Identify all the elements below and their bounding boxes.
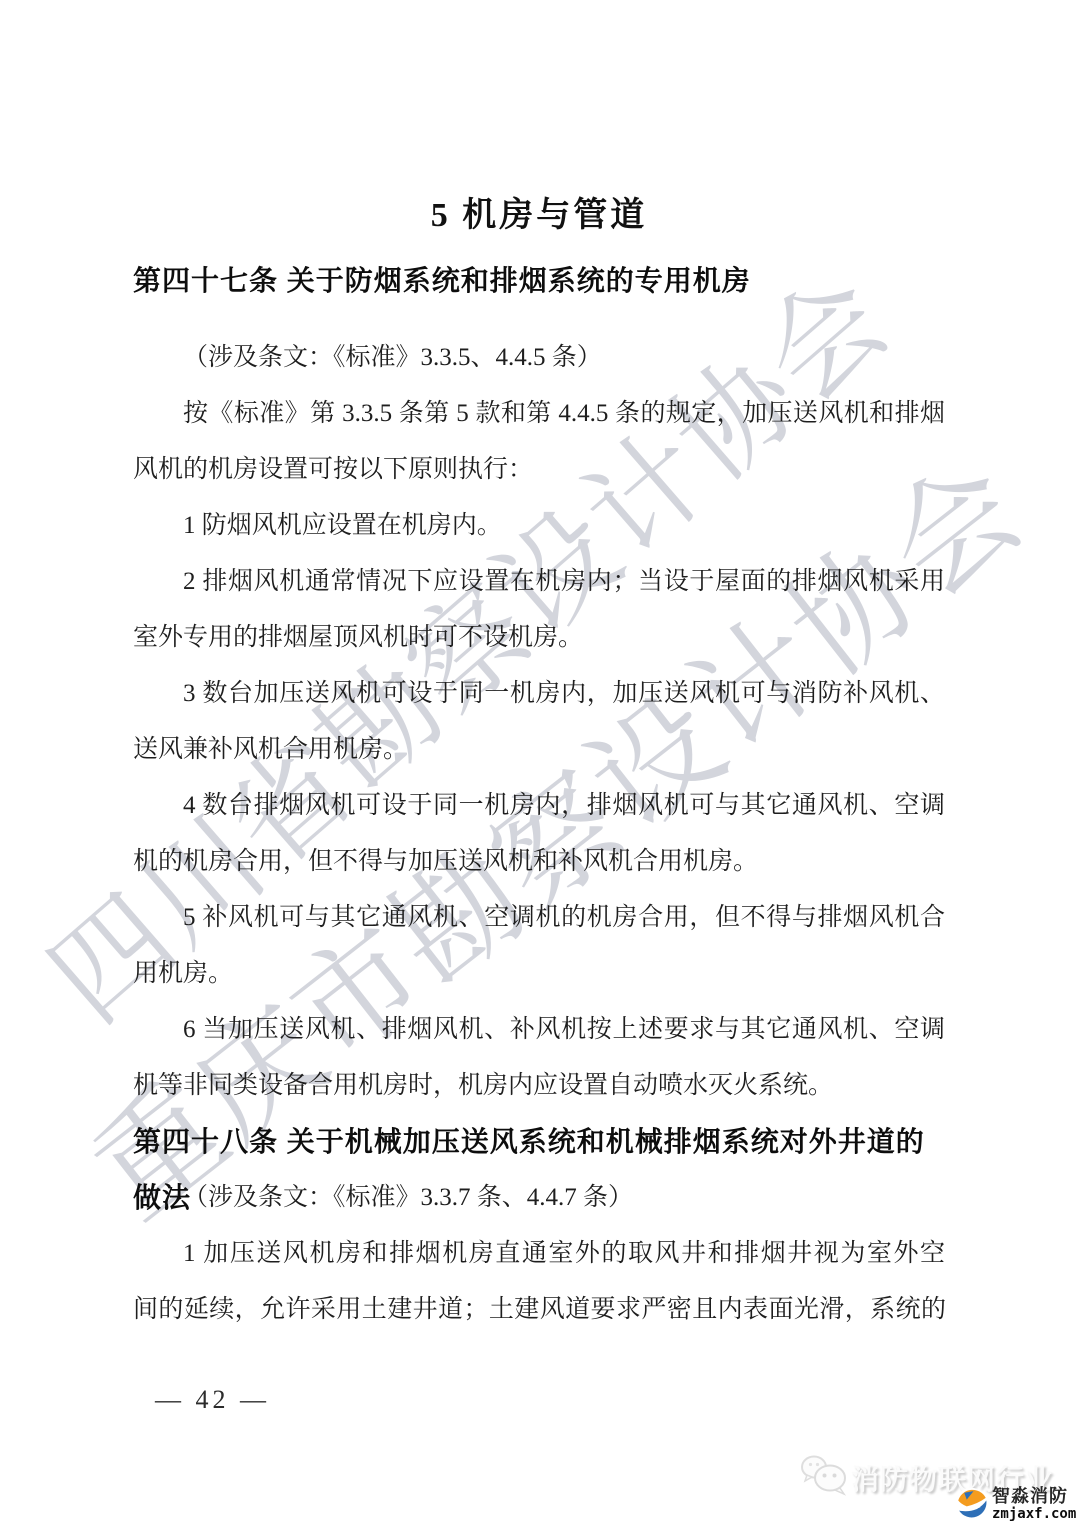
page-number: — 42 — — [155, 1385, 270, 1415]
body-line: 室外专用的排烟屋顶风机时可不设机房。 — [133, 610, 945, 666]
body-line: 间的延续，允许采用土建井道；土建风道要求严密且内表面光滑，系统的 — [133, 1282, 945, 1338]
document-page: 四川省勘察设计协会 重庆市勘察设计协会 5 机房与管道 第四十七条 关于防烟系统… — [0, 0, 1080, 1527]
brand-name: 智淼消防 — [992, 1486, 1076, 1506]
zhimiao-fire-logo-icon — [954, 1486, 988, 1525]
body-line: 用机房。 — [133, 946, 945, 1002]
body-line: 1 防烟风机应设置在机房内。 — [133, 498, 945, 554]
body-line: 1 加压送风机房和排烟机房直通室外的取风井和排烟井视为室外空 — [133, 1226, 945, 1282]
article-48-heading: 第四十八条 关于机械加压送风系统和机械排烟系统对外井道的做法 — [133, 1114, 945, 1170]
body-line: 4 数台排烟风机可设于同一机房内，排烟风机可与其它通风机、空调 — [133, 778, 945, 834]
body-line: 风机的机房设置可按以下原则执行： — [133, 442, 945, 498]
brand-text: 智淼消防 zmjaxf.com — [992, 1486, 1076, 1522]
body-line: 送风兼补风机合用机房。 — [133, 722, 945, 778]
body-line: 2 排烟风机通常情况下应设置在机房内；当设于屋面的排烟风机采用 — [133, 554, 945, 610]
wechat-icon — [799, 1452, 851, 1501]
body-line: 机等非同类设备合用机房时，机房内应设置自动喷水灭火系统。 — [133, 1058, 945, 1114]
chapter-title: 5 机房与管道 — [133, 190, 945, 258]
article-47-reference: （涉及条文：《标准》3.3.5、4.4.5 条） — [133, 330, 945, 386]
article-47-heading: 第四十七条 关于防烟系统和排烟系统的专用机房 — [133, 258, 945, 330]
body-line: 3 数台加压送风机可设于同一机房内，加压送风机可与消防补风机、 — [133, 666, 945, 722]
article-48-reference: （涉及条文：《标准》3.3.7 条、4.4.7 条） — [133, 1170, 945, 1226]
body-line: 按《标准》第 3.3.5 条第 5 款和第 4.4.5 条的规定，加压送风机和排… — [133, 386, 945, 442]
body-line: 5 补风机可与其它通风机、空调机的机房合用，但不得与排烟风机合 — [133, 890, 945, 946]
brand-badge: 智淼消防 zmjaxf.com — [954, 1486, 1076, 1525]
body-line: 机的机房合用，但不得与加压送风机和补风机合用机房。 — [133, 834, 945, 890]
body-line: 6 当加压送风机、排烟风机、补风机按上述要求与其它通风机、空调 — [133, 1002, 945, 1058]
document-body: 5 机房与管道 第四十七条 关于防烟系统和排烟系统的专用机房 （涉及条文：《标准… — [133, 0, 945, 1338]
brand-site: zmjaxf.com — [992, 1506, 1076, 1522]
